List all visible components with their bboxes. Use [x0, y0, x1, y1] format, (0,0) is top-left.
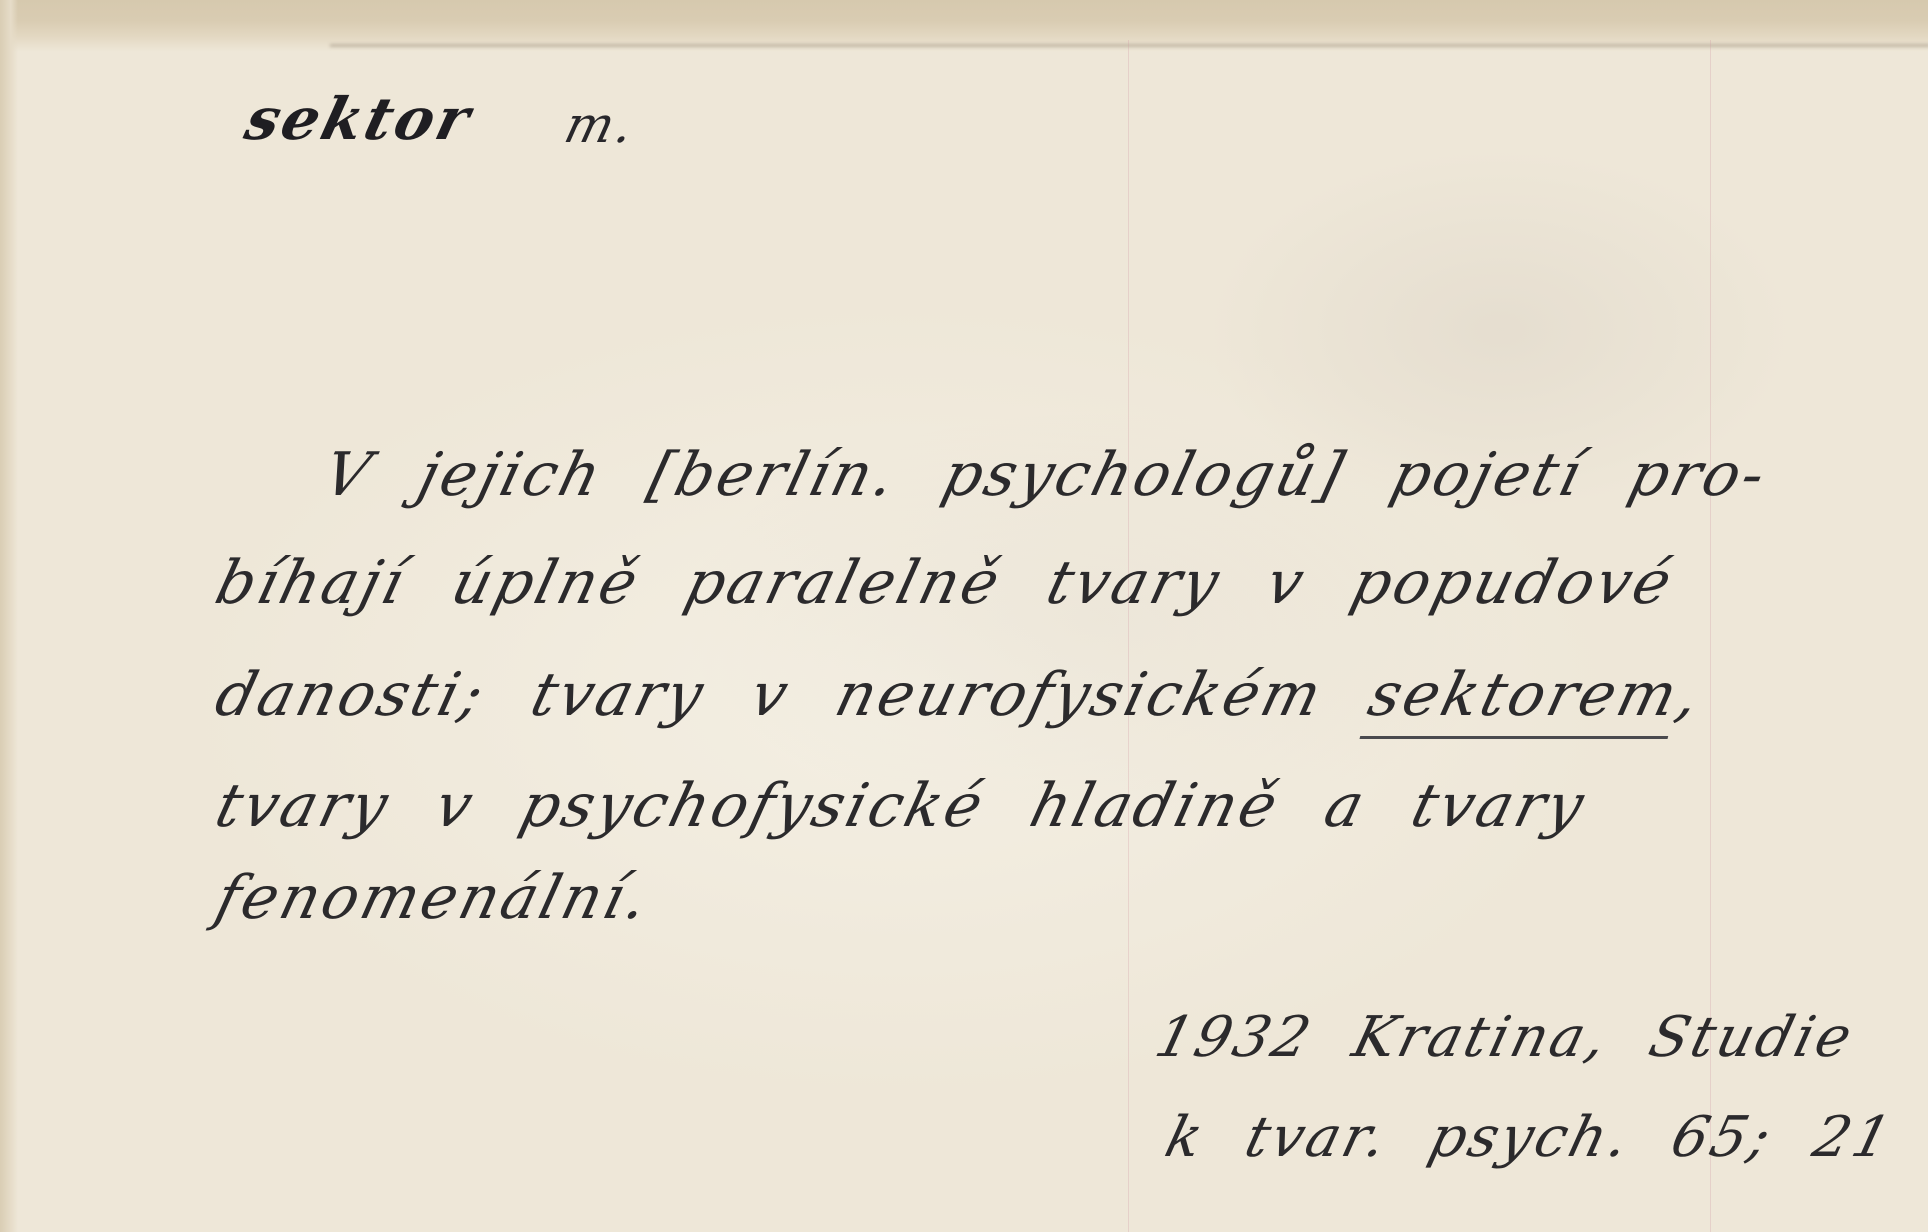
citation-line-2: k tvar. psych. 65; 21: [1160, 1110, 1899, 1166]
headword: sektor: [240, 90, 478, 148]
faint-ruling-line: [1128, 40, 1129, 1232]
card-torn-edge: [330, 30, 1928, 47]
card-left-edge: [0, 0, 18, 1232]
grammatical-gender: m.: [560, 100, 642, 150]
quote-line-3: danosti; tvary v neurofysickém sektorem,: [210, 665, 1708, 725]
underlined-headword-example: sektorem: [1359, 660, 1687, 739]
citation-line-1: 1932 Kratina, Studie: [1150, 1010, 1860, 1066]
quote-line-5: fenomenální.: [210, 868, 656, 928]
quote-line-2: bíhají úplně paralelně tvary v popudové: [210, 553, 1680, 613]
quote-line-4: tvary v psychofysické hladině a tvary: [210, 776, 1592, 836]
quote-line-3-text: danosti; tvary v neurofysickém: [209, 660, 1331, 730]
index-card: sektor m. V jejich [berlín. psychologů] …: [0, 0, 1928, 1232]
quote-line-1: V jejich [berlín. psychologů] pojetí pro…: [318, 445, 1774, 505]
